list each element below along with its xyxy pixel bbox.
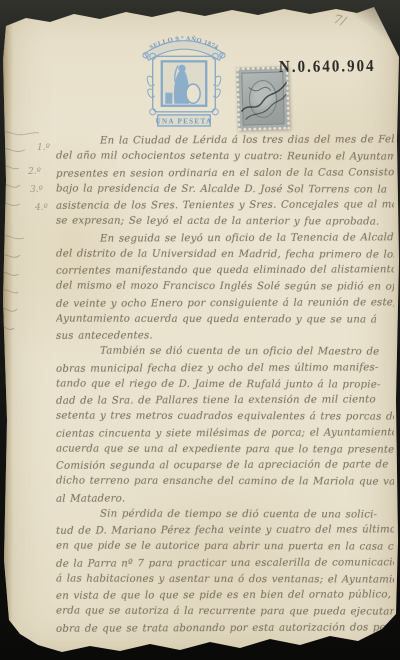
margin-ordinals: 1.º2.º3.º4.º bbox=[0, 128, 56, 344]
manuscript-line: Sin pérdida de tiempo se dió cuenta de u… bbox=[56, 506, 394, 523]
manuscript-line: dicho terreno para ensanche del camino d… bbox=[56, 474, 394, 491]
photo-background: SELLO 9.º AÑO 1874 UNA PESETA bbox=[0, 0, 400, 660]
manuscript-line: erda que se autoriza á la recurrente par… bbox=[56, 604, 394, 621]
seal-bottom-text: UNA PESETA bbox=[156, 117, 213, 125]
manuscript-line: obra de que se trata abonando por esta a… bbox=[56, 620, 394, 638]
manuscript-line: Ayuntamiento acuerda que queda enterado … bbox=[56, 311, 394, 328]
manuscript-line: del mismo el mozo Francisco Inglés Solé … bbox=[56, 279, 394, 296]
folio-mark: 7/ bbox=[332, 12, 347, 28]
manuscript-line: corrientes manifestando que queda elimin… bbox=[56, 262, 394, 280]
manuscript-line: á las habitaciones y asentar una ó dos v… bbox=[56, 571, 394, 588]
manuscript-line: En la Ciudad de Lérida á los tres dias d… bbox=[56, 132, 394, 150]
corner-fold-shadow bbox=[354, 2, 400, 64]
manuscript-line: También se dió cuenta de un oficio del M… bbox=[56, 344, 394, 361]
manuscript-line: de veinte y ocho Enero por consiguiente … bbox=[56, 295, 394, 313]
manuscript-line: bajo la presidencia de Sr. Alcalde D. Jo… bbox=[56, 181, 394, 198]
margin-ordinal: 4.º bbox=[35, 203, 48, 213]
manuscript-line: setenta y tres metros cuadrados equivale… bbox=[56, 409, 394, 426]
manuscript-line: dad de la Sra. de Pallares tiene la exte… bbox=[56, 392, 394, 410]
manuscript-page: SELLO 9.º AÑO 1874 UNA PESETA bbox=[0, 0, 400, 660]
serial-number: N.0.640.904 bbox=[279, 57, 399, 77]
manuscript-line: cientas cincuenta y siete milésimas de p… bbox=[56, 425, 394, 443]
manuscript-line: tud de D. Mariano Pérez fecha veinte y c… bbox=[56, 522, 394, 540]
manuscript-line: sus antecedentes. bbox=[56, 327, 394, 345]
manuscript-line: asistencia de los Sres. Tenientes y Sres… bbox=[56, 197, 394, 215]
revenue-seal-icon: SELLO 9.º AÑO 1874 UNA PESETA bbox=[131, 27, 237, 128]
manuscript-line: se expresan; Se leyó el acta de la anter… bbox=[56, 214, 394, 231]
manuscript-line: tando que el riego de D. Jaime de Rufalá… bbox=[56, 376, 394, 393]
manuscript-line: En seguida se leyó un oficio de la Tenen… bbox=[56, 230, 394, 248]
manuscript-line: del año mil ochocientos setenta y cuatro… bbox=[56, 149, 394, 166]
manuscript-text: En la Ciudad de Lérida á los tres dias d… bbox=[56, 133, 394, 637]
manuscript-line: al Matadero. bbox=[56, 490, 394, 508]
margin-ordinal: 2.º bbox=[28, 167, 41, 177]
manuscript-line: del distrito de la Universidad en Madrid… bbox=[56, 246, 394, 263]
margin-ordinal: 3.º bbox=[30, 185, 43, 195]
manuscript-line: Comisión segunda al ocuparse de la aprec… bbox=[56, 457, 394, 475]
manuscript-line: en que pide se le autorice para abrir un… bbox=[56, 539, 394, 556]
manuscript-line: en vista de que lo que se pide es en bie… bbox=[56, 587, 394, 605]
manuscript-line: de la Parra nº 7 para practicar una esca… bbox=[56, 555, 394, 573]
manuscript-line: obras municipal fecha diez y ocho del me… bbox=[56, 360, 394, 378]
manuscript-line: presentes en sesion ordinaria en el salo… bbox=[56, 165, 394, 183]
margin-ordinal: 1.º bbox=[37, 143, 50, 153]
manuscript-line: acuerda que se una al expediente para qu… bbox=[56, 441, 394, 458]
